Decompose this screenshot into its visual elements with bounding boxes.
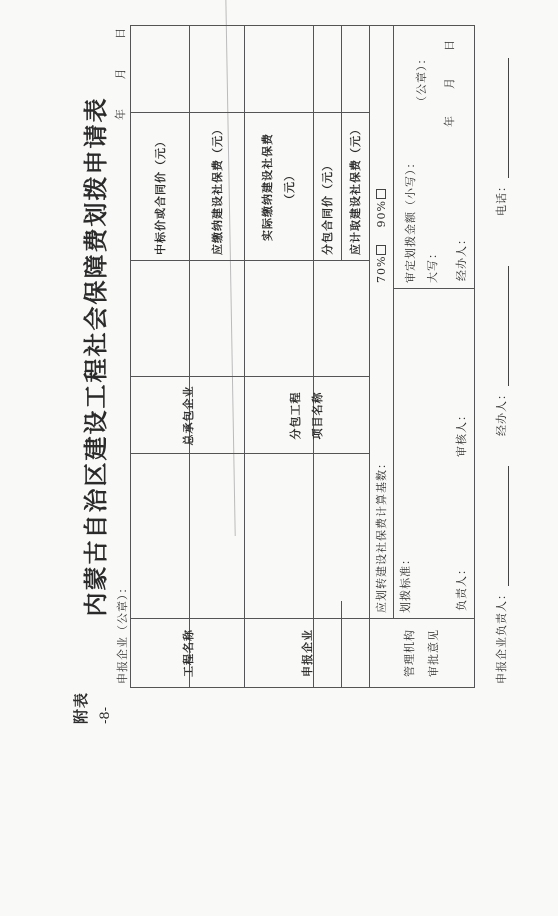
authority-opinion-label: 管理机构 审批意见 [369, 619, 474, 687]
calc-base-label: 应划转建设社保费计算基数： [369, 283, 393, 619]
reviewer-label: 审核人： [453, 409, 469, 457]
bid-price-label: 中标价或合同价（元） [131, 107, 189, 261]
subcontract-project-label-line2: 项目名称 [307, 392, 329, 440]
option-70-label: 70% [375, 256, 388, 283]
applicant-field[interactable] [244, 454, 369, 619]
footer-handler-field[interactable] [498, 266, 509, 386]
form-title: 内蒙古自治区建设工程社会保障费划拨申请表 [76, 25, 111, 688]
due-fee-label: 应缴纳建设社保费（元） [189, 107, 244, 261]
subcontract-project-field[interactable] [244, 261, 369, 377]
application-table: 工程名称 申报企业 总承包企业 分包工程 项目名称 中标价或合同价（元） 应缴纳… [130, 25, 475, 688]
accrued-fee-field[interactable] [341, 26, 368, 113]
approval-options: 70% 90% [369, 20, 393, 289]
subcontract-project-label: 分包工程 项目名称 [244, 377, 369, 454]
applicant-head-label: 申报企业负责人： [495, 588, 508, 684]
option-90-label: 90% [375, 200, 388, 227]
applicant-head-field[interactable] [498, 466, 509, 586]
stamp-label: （公章）： [413, 53, 429, 108]
actual-fee-field[interactable] [244, 26, 313, 113]
appendix-label: 附表 [70, 692, 91, 724]
bid-price-field[interactable] [131, 26, 189, 113]
actual-fee-label-line2: （元） [279, 169, 301, 205]
approval-date-day: 日 [443, 40, 456, 51]
due-fee-field[interactable] [189, 26, 244, 113]
date-year: 年 [112, 109, 128, 120]
accrued-fee-label: 应计取建设社保费（元） [341, 107, 369, 261]
footer-handler: 经办人： [493, 266, 509, 436]
responsible-label: 负责人： [453, 563, 469, 611]
subcontract-project-label-line1: 分包工程 [285, 392, 307, 440]
approval-date-year: 年 [443, 116, 456, 127]
approval-date-month: 月 [443, 78, 456, 89]
page-number: -8- [98, 707, 113, 724]
date-day: 日 [112, 28, 128, 39]
authority-label-line1: 管理机构 [398, 629, 422, 677]
header-date: 年 月 日 [112, 28, 128, 146]
subcontract-price-label: 分包合同价（元） [313, 107, 341, 261]
actual-fee-label-line1: 实际缴纳建设社保费 [257, 133, 279, 241]
option-70-checkbox[interactable] [376, 245, 386, 255]
applicant-label: 申报企业 [244, 619, 369, 687]
project-name-label: 工程名称 [131, 619, 244, 687]
option-90-checkbox[interactable] [376, 189, 386, 199]
phone-label: 电话： [495, 180, 508, 216]
handler-label: 经办人： [453, 233, 469, 281]
general-contractor-field[interactable] [131, 261, 244, 377]
authority-label-line2: 审批意见 [422, 629, 446, 677]
footer-applicant-head: 申报企业负责人： [493, 466, 509, 684]
phone-field[interactable] [498, 58, 509, 178]
footer-phone: 电话： [493, 58, 509, 216]
date-month: 月 [112, 69, 128, 80]
document-page: 附表 -8- 内蒙古自治区建设工程社会保障费划拨申请表 申报企业（公章）： 年 … [0, 0, 558, 916]
standard-label: 划拨标准： [393, 493, 417, 619]
applicant-stamp-label: 申报企业（公章）： [114, 582, 130, 685]
approval-date: 年 月 日 [441, 40, 457, 127]
footer-handler-label: 经办人： [495, 388, 508, 436]
project-name-field[interactable] [131, 454, 244, 619]
general-contractor-label: 总承包企业 [131, 377, 244, 454]
actual-fee-label: 实际缴纳建设社保费 （元） [244, 113, 313, 261]
subcontract-price-field[interactable] [313, 26, 341, 113]
